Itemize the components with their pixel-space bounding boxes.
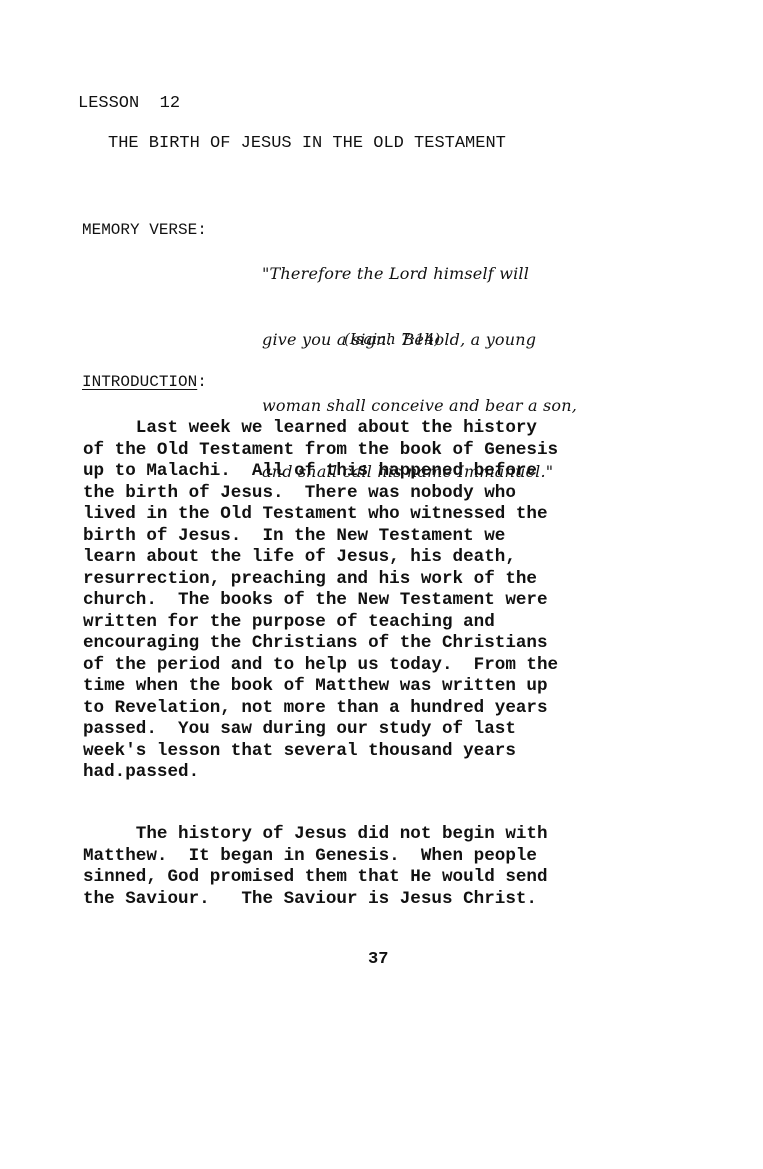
paragraph-line: The history of Jesus did not begin with [83,824,548,846]
paragraph-line: time when the book of Matthew was writte… [83,676,558,698]
verse-line: "Therefore the Lord himself will [262,263,577,285]
lesson-number: LESSON 12 [78,94,180,113]
introduction-paragraph-2: The history of Jesus did not begin withM… [83,824,548,910]
paragraph-line: resurrection, preaching and his work of … [83,569,558,591]
introduction-colon: : [197,373,207,391]
paragraph-line: sinned, God promised them that He would … [83,867,548,889]
paragraph-line: Matthew. It began in Genesis. When peopl… [83,846,548,868]
paragraph-line: learn about the life of Jesus, his death… [83,547,558,569]
paragraph-line: up to Malachi. All of this happened befo… [83,461,558,483]
introduction-paragraph-1: Last week we learned about the historyof… [83,418,558,784]
paragraph-line: birth of Jesus. In the New Testament we [83,526,558,548]
paragraph-line: lived in the Old Testament who witnessed… [83,504,558,526]
paragraph-line: church. The books of the New Testament w… [83,590,558,612]
paragraph-line: passed. You saw during our study of last [83,719,558,741]
paragraph-line: written for the purpose of teaching and [83,612,558,634]
paragraph-line: the birth of Jesus. There was nobody who [83,483,558,505]
introduction-heading: INTRODUCTION: [82,373,207,391]
memory-verse-label: MEMORY VERSE: [82,221,207,239]
paragraph-line: Last week we learned about the history [83,418,558,440]
paragraph-line: encouraging the Christians of the Christ… [83,633,558,655]
paragraph-line: had.passed. [83,762,558,784]
paragraph-line: to Revelation, not more than a hundred y… [83,698,558,720]
lesson-title: THE BIRTH OF JESUS IN THE OLD TESTAMENT [108,134,506,153]
paragraph-line: of the period and to help us today. From… [83,655,558,677]
paragraph-line: week's lesson that several thousand year… [83,741,558,763]
paragraph-line: the Saviour. The Saviour is Jesus Christ… [83,889,548,911]
page-number: 37 [368,950,388,969]
paragraph-line: of the Old Testament from the book of Ge… [83,440,558,462]
verse-reference: (Isaiah 7:14) [344,330,440,348]
verse-line: woman shall conceive and bear a son, [262,395,577,417]
introduction-heading-text: INTRODUCTION [82,373,197,391]
